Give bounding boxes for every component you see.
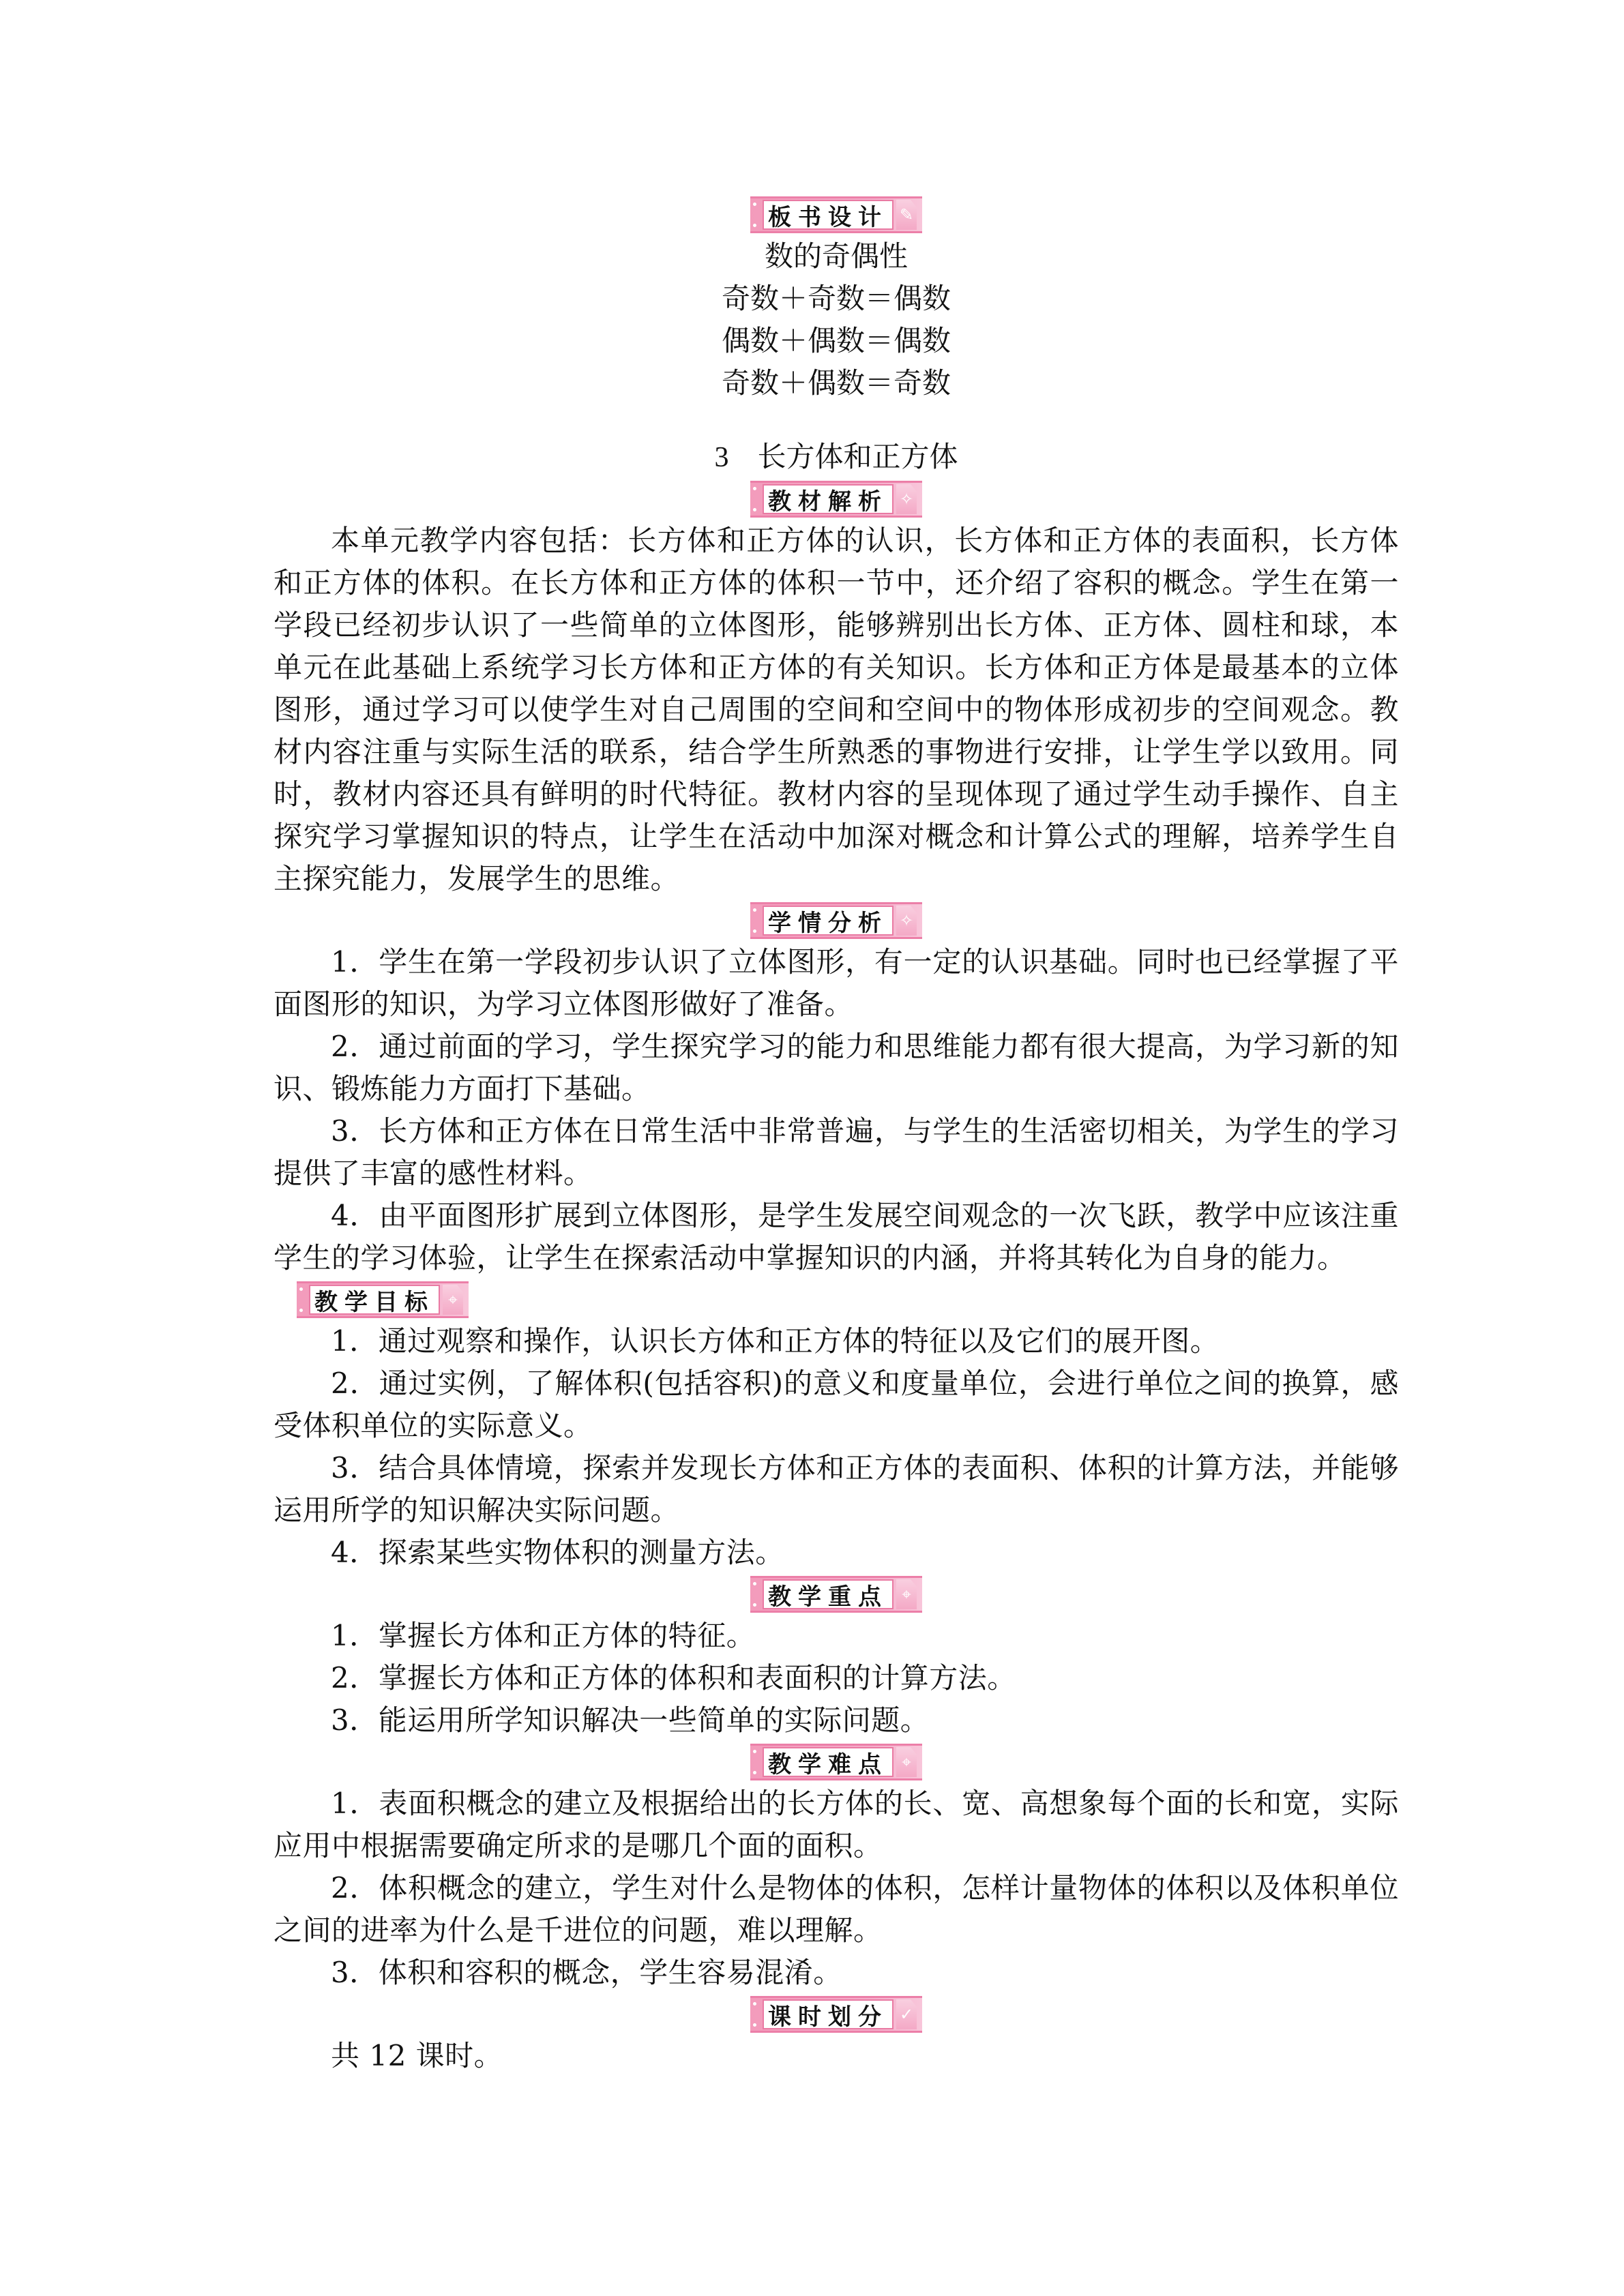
list-item: 3．能运用所学知识解决一些简单的实际问题。: [274, 1699, 1399, 1742]
section-badge: 课时划分 ✓: [750, 1996, 922, 2033]
difficulties-header: 教学难点 ⌖: [274, 1742, 1399, 1783]
badge-label: 板书设计: [763, 200, 894, 230]
section-badge: 教学难点 ⌖: [750, 1744, 922, 1780]
board-design-title: 数的奇偶性: [274, 235, 1399, 278]
target-icon: ⌖: [896, 1747, 917, 1777]
section-badge: 教学目标 ⌖: [297, 1281, 469, 1318]
badge-label: 教学重点: [763, 1579, 894, 1609]
list-item: 3．结合具体情境，探索并发现长方体和正方体的表面积、体积的计算方法，并能够运用所…: [274, 1447, 1399, 1532]
section-badge: 学情分析 ✧: [750, 902, 922, 939]
textbook-analysis-header: 教材解析 ✧: [274, 479, 1399, 520]
section-badge: 教学重点 ⌖: [750, 1576, 922, 1613]
badge-label: 学情分析: [763, 906, 894, 936]
list-item: 2．体积概念的建立，学生对什么是物体的体积，怎样计量物体的体积以及体积单位之间的…: [274, 1867, 1399, 1952]
equation-line: 奇数＋奇数＝偶数: [274, 278, 1399, 320]
list-item: 3．体积和容积的概念，学生容易混淆。: [274, 1952, 1399, 1994]
chapter-number: 3: [714, 442, 728, 473]
lightbulb-icon: ✧: [896, 906, 917, 936]
equation-line: 奇数＋偶数＝奇数: [274, 362, 1399, 404]
lightbulb-icon: ✧: [896, 484, 917, 514]
score-100-icon: ✓: [896, 1999, 917, 2029]
section-badge: 板书设计 ✎: [750, 196, 922, 233]
list-item: 4．探索某些实物体积的测量方法。: [274, 1532, 1399, 1574]
list-item: 2．通过实例，了解体积(包括容积)的意义和度量单位，会进行单位之间的换算，感受体…: [274, 1362, 1399, 1447]
list-item: 1．通过观察和操作，认识长方体和正方体的特征以及它们的展开图。: [274, 1320, 1399, 1362]
list-item: 3．长方体和正方体在日常生活中非常普遍，与学生的生活密切相关，为学生的学习提供了…: [274, 1110, 1399, 1195]
target-icon: ⌖: [443, 1285, 463, 1315]
badge-label: 教材解析: [763, 484, 894, 514]
badge-label: 课时划分: [763, 1999, 894, 2029]
board-design-header: 板书设计 ✎: [274, 194, 1399, 235]
badge-label: 教学目标: [309, 1285, 440, 1315]
chapter-name: 长方体和正方体: [757, 440, 958, 473]
list-item: 4．由平面图形扩展到立体图形，是学生发展空间观念的一次飞跃，教学中应该注重学生的…: [274, 1195, 1399, 1279]
chapter-title: 3长方体和正方体: [274, 436, 1399, 479]
target-icon: ⌖: [896, 1579, 917, 1609]
list-item: 1．学生在第一学段初步认识了立体图形，有一定的认识基础。同时也已经掌握了平面图形…: [274, 941, 1399, 1026]
badge-label: 教学难点: [763, 1747, 894, 1777]
textbook-analysis-paragraph: 本单元教学内容包括：长方体和正方体的认识，长方体和正方体的表面积，长方体和正方体…: [274, 520, 1399, 900]
list-item: 2．通过前面的学习，学生探究学习的能力和思维能力都有很大提高，为学习新的知识、锻…: [274, 1026, 1399, 1110]
equation-line: 偶数＋偶数＝偶数: [274, 320, 1399, 362]
list-item: 1．掌握长方体和正方体的特征。: [274, 1615, 1399, 1657]
document-page: 板书设计 ✎ 数的奇偶性 奇数＋奇数＝偶数 偶数＋偶数＝偶数 奇数＋偶数＝奇数 …: [274, 194, 1399, 2077]
lesson-allocation-header: 课时划分 ✓: [274, 1994, 1399, 2035]
list-item: 2．掌握长方体和正方体的体积和表面积的计算方法。: [274, 1657, 1399, 1699]
list-item: 1．表面积概念的建立及根据给出的长方体的长、宽、高想象每个面的长和宽，实际应用中…: [274, 1783, 1399, 1867]
bookmark-icon: ✎: [896, 200, 917, 230]
lesson-count: 共 12 课时。: [274, 2035, 1399, 2077]
teaching-goals-header: 教学目标 ⌖: [274, 1279, 1399, 1320]
section-badge: 教材解析 ✧: [750, 481, 922, 518]
student-analysis-header: 学情分析 ✧: [274, 900, 1399, 941]
key-points-header: 教学重点 ⌖: [274, 1574, 1399, 1615]
